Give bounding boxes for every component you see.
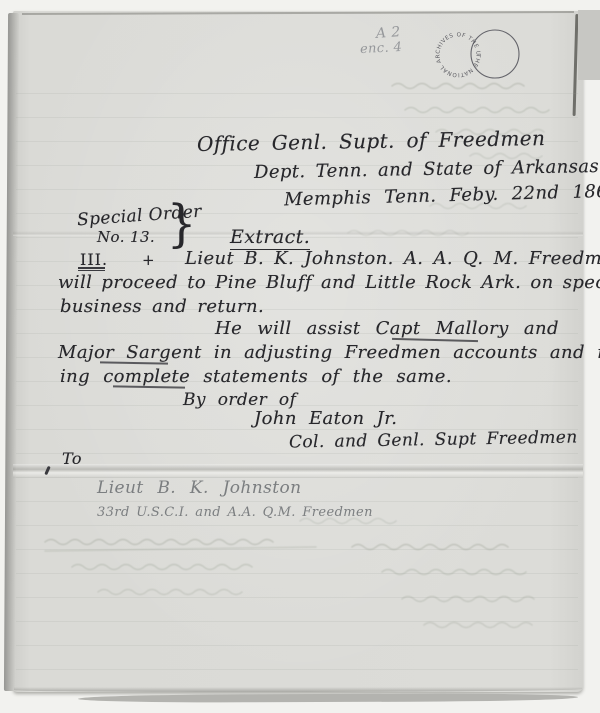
body-line6: ing complete statements of the same. (60, 366, 452, 387)
address-line2: 33rd U.S.C.I. and A.A. Q.M. Freedmen (97, 505, 373, 520)
body-line1: Lieut B. K. Johnston. A. A. Q. M. Freedm… (185, 248, 600, 269)
archives-stamp: THE NATIONAL ARCHIVES OF THE UNITED STAT… (457, 15, 533, 91)
scanned-document: THE NATIONAL ARCHIVES OF THE UNITED STAT… (0, 0, 600, 713)
order-label-line2: No. 13. (97, 228, 155, 246)
address-line1: Lieut B. K. Johnston (97, 478, 301, 498)
by-order-line: By order of (183, 390, 296, 410)
bottom-edge-shadow (78, 693, 578, 703)
address-to: To (62, 449, 82, 468)
body-line3: business and return. (60, 296, 264, 317)
signature-name: John Eaton Jr. (254, 408, 397, 429)
order-brace: } (167, 193, 197, 252)
body-line4: He will assist Capt Mallory and (215, 318, 559, 339)
insert-mark: + (142, 251, 155, 269)
archival-note-line2: enc. 4 (360, 40, 403, 57)
extract-label: Extract. (230, 226, 310, 250)
body-line2: will proceed to Pine Bluff and Little Ro… (58, 272, 600, 293)
body-line5: Major Sargent in adjusting Freedmen acco… (58, 342, 600, 363)
section-numeral: III. (80, 250, 108, 269)
